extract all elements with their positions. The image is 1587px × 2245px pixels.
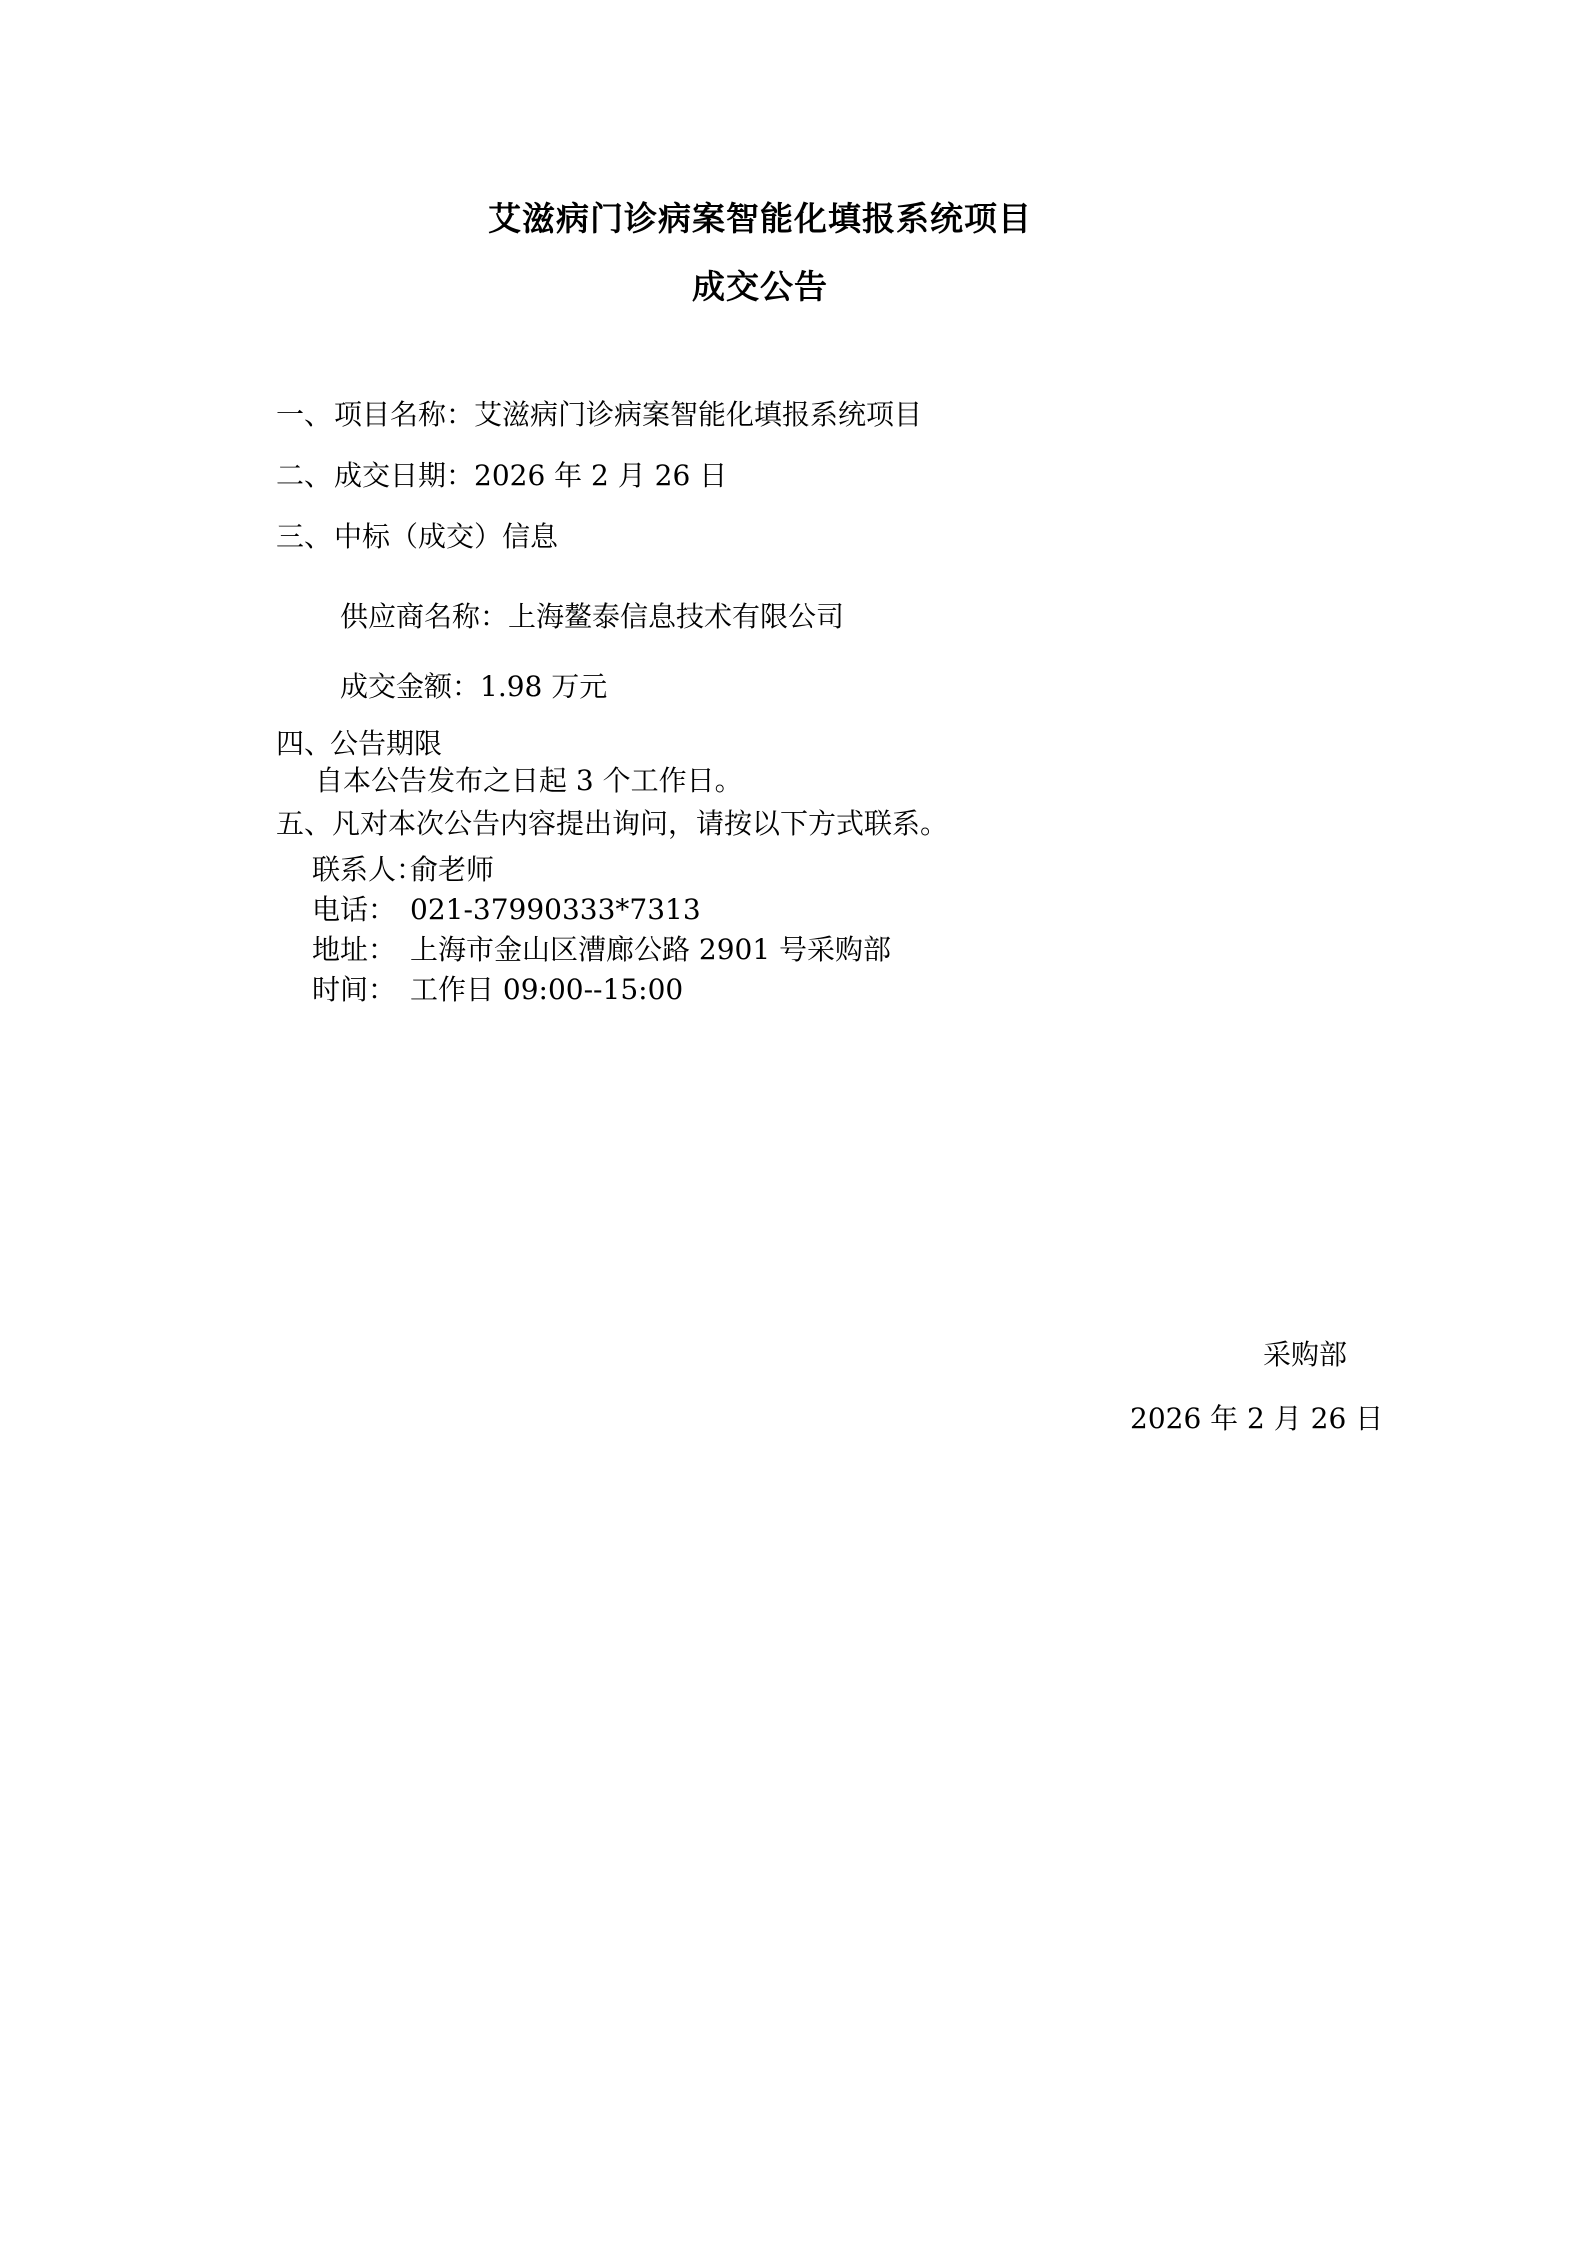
contact-value-person: 俞老师	[410, 852, 494, 887]
item-text-award-date: 成交日期：2026 年 2 月 26 日	[334, 458, 727, 493]
contact-label-person: 联系人：	[312, 852, 424, 887]
contact-row-time: 时间： 工作日 09:00--15:00	[0, 972, 1587, 1008]
item-number: 三、	[276, 519, 332, 554]
contact-value-address: 上海市金山区漕廊公路 2901 号采购部	[410, 932, 891, 967]
list-item-project-name: 一、 项目名称：艾滋病门诊病案智能化填报系统项目	[0, 397, 1587, 433]
document-title-line1: 艾滋病门诊病案智能化填报系统项目	[0, 198, 1520, 239]
signature-date: 2026 年 2 月 26 日	[1130, 1401, 1383, 1436]
list-item-inquiry: 五、 凡对本次公告内容提出询问，请按以下方式联系。	[0, 806, 1587, 842]
signature-department: 采购部	[1263, 1337, 1347, 1372]
contact-row-phone: 电话： 021-37990333*7313	[0, 892, 1587, 928]
list-item-notice-period: 四、 公告期限	[0, 726, 1587, 762]
contact-label-time: 时间：	[312, 972, 396, 1007]
contact-value-time: 工作日 09:00--15:00	[410, 972, 683, 1007]
document-title-line2: 成交公告	[0, 266, 1520, 307]
contact-value-phone: 021-37990333*7313	[410, 892, 701, 927]
contact-label-phone: 电话：	[312, 892, 396, 927]
announcement-document-page: 艾滋病门诊病案智能化填报系统项目 成交公告 一、 项目名称：艾滋病门诊病案智能化…	[0, 0, 1587, 2245]
item-text-inquiry: 凡对本次公告内容提出询问，请按以下方式联系。	[332, 806, 948, 841]
contact-label-address: 地址：	[312, 932, 396, 967]
contact-row-person: 联系人： 俞老师	[0, 852, 1587, 888]
item-text-award-info: 中标（成交）信息	[334, 519, 558, 554]
item-number: 四、	[276, 726, 332, 761]
item-number: 五、	[276, 806, 332, 841]
list-item-award-date: 二、 成交日期：2026 年 2 月 26 日	[0, 458, 1587, 494]
item-number: 一、	[276, 397, 332, 432]
item-text-notice-period: 公告期限	[330, 726, 442, 761]
award-amount-line: 成交金额：1.98 万元	[340, 669, 607, 704]
notice-period-detail: 自本公告发布之日起 3 个工作日。	[315, 763, 743, 798]
item-text-project-name: 项目名称：艾滋病门诊病案智能化填报系统项目	[334, 397, 922, 432]
contact-row-address: 地址： 上海市金山区漕廊公路 2901 号采购部	[0, 932, 1587, 968]
list-item-award-info: 三、 中标（成交）信息	[0, 519, 1587, 555]
supplier-name-line: 供应商名称：上海鳌泰信息技术有限公司	[340, 599, 844, 634]
item-number: 二、	[276, 458, 332, 493]
